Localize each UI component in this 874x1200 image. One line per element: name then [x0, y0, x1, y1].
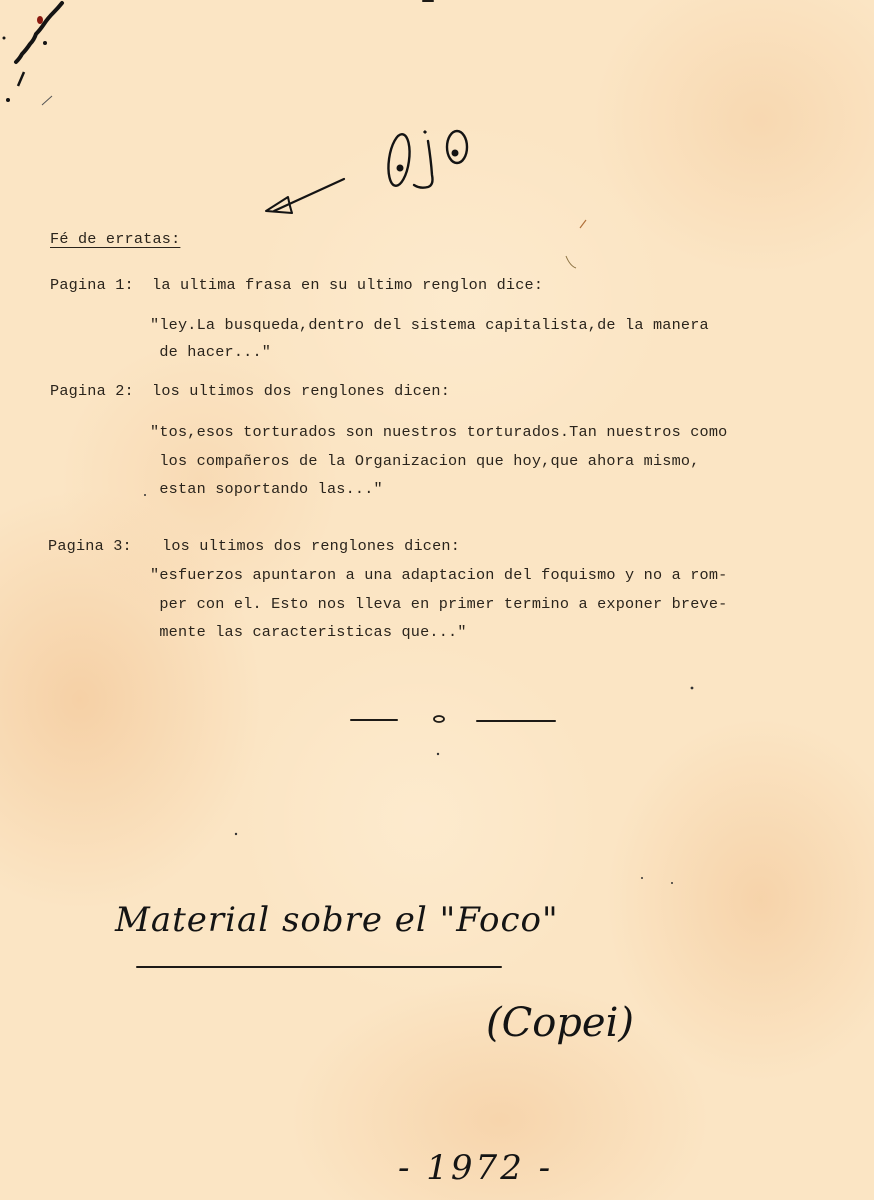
- scanned-document-page: Fé de erratas: Pagina 1: la ultima frasa…: [0, 0, 874, 1200]
- paper-specks: [0, 0, 874, 1200]
